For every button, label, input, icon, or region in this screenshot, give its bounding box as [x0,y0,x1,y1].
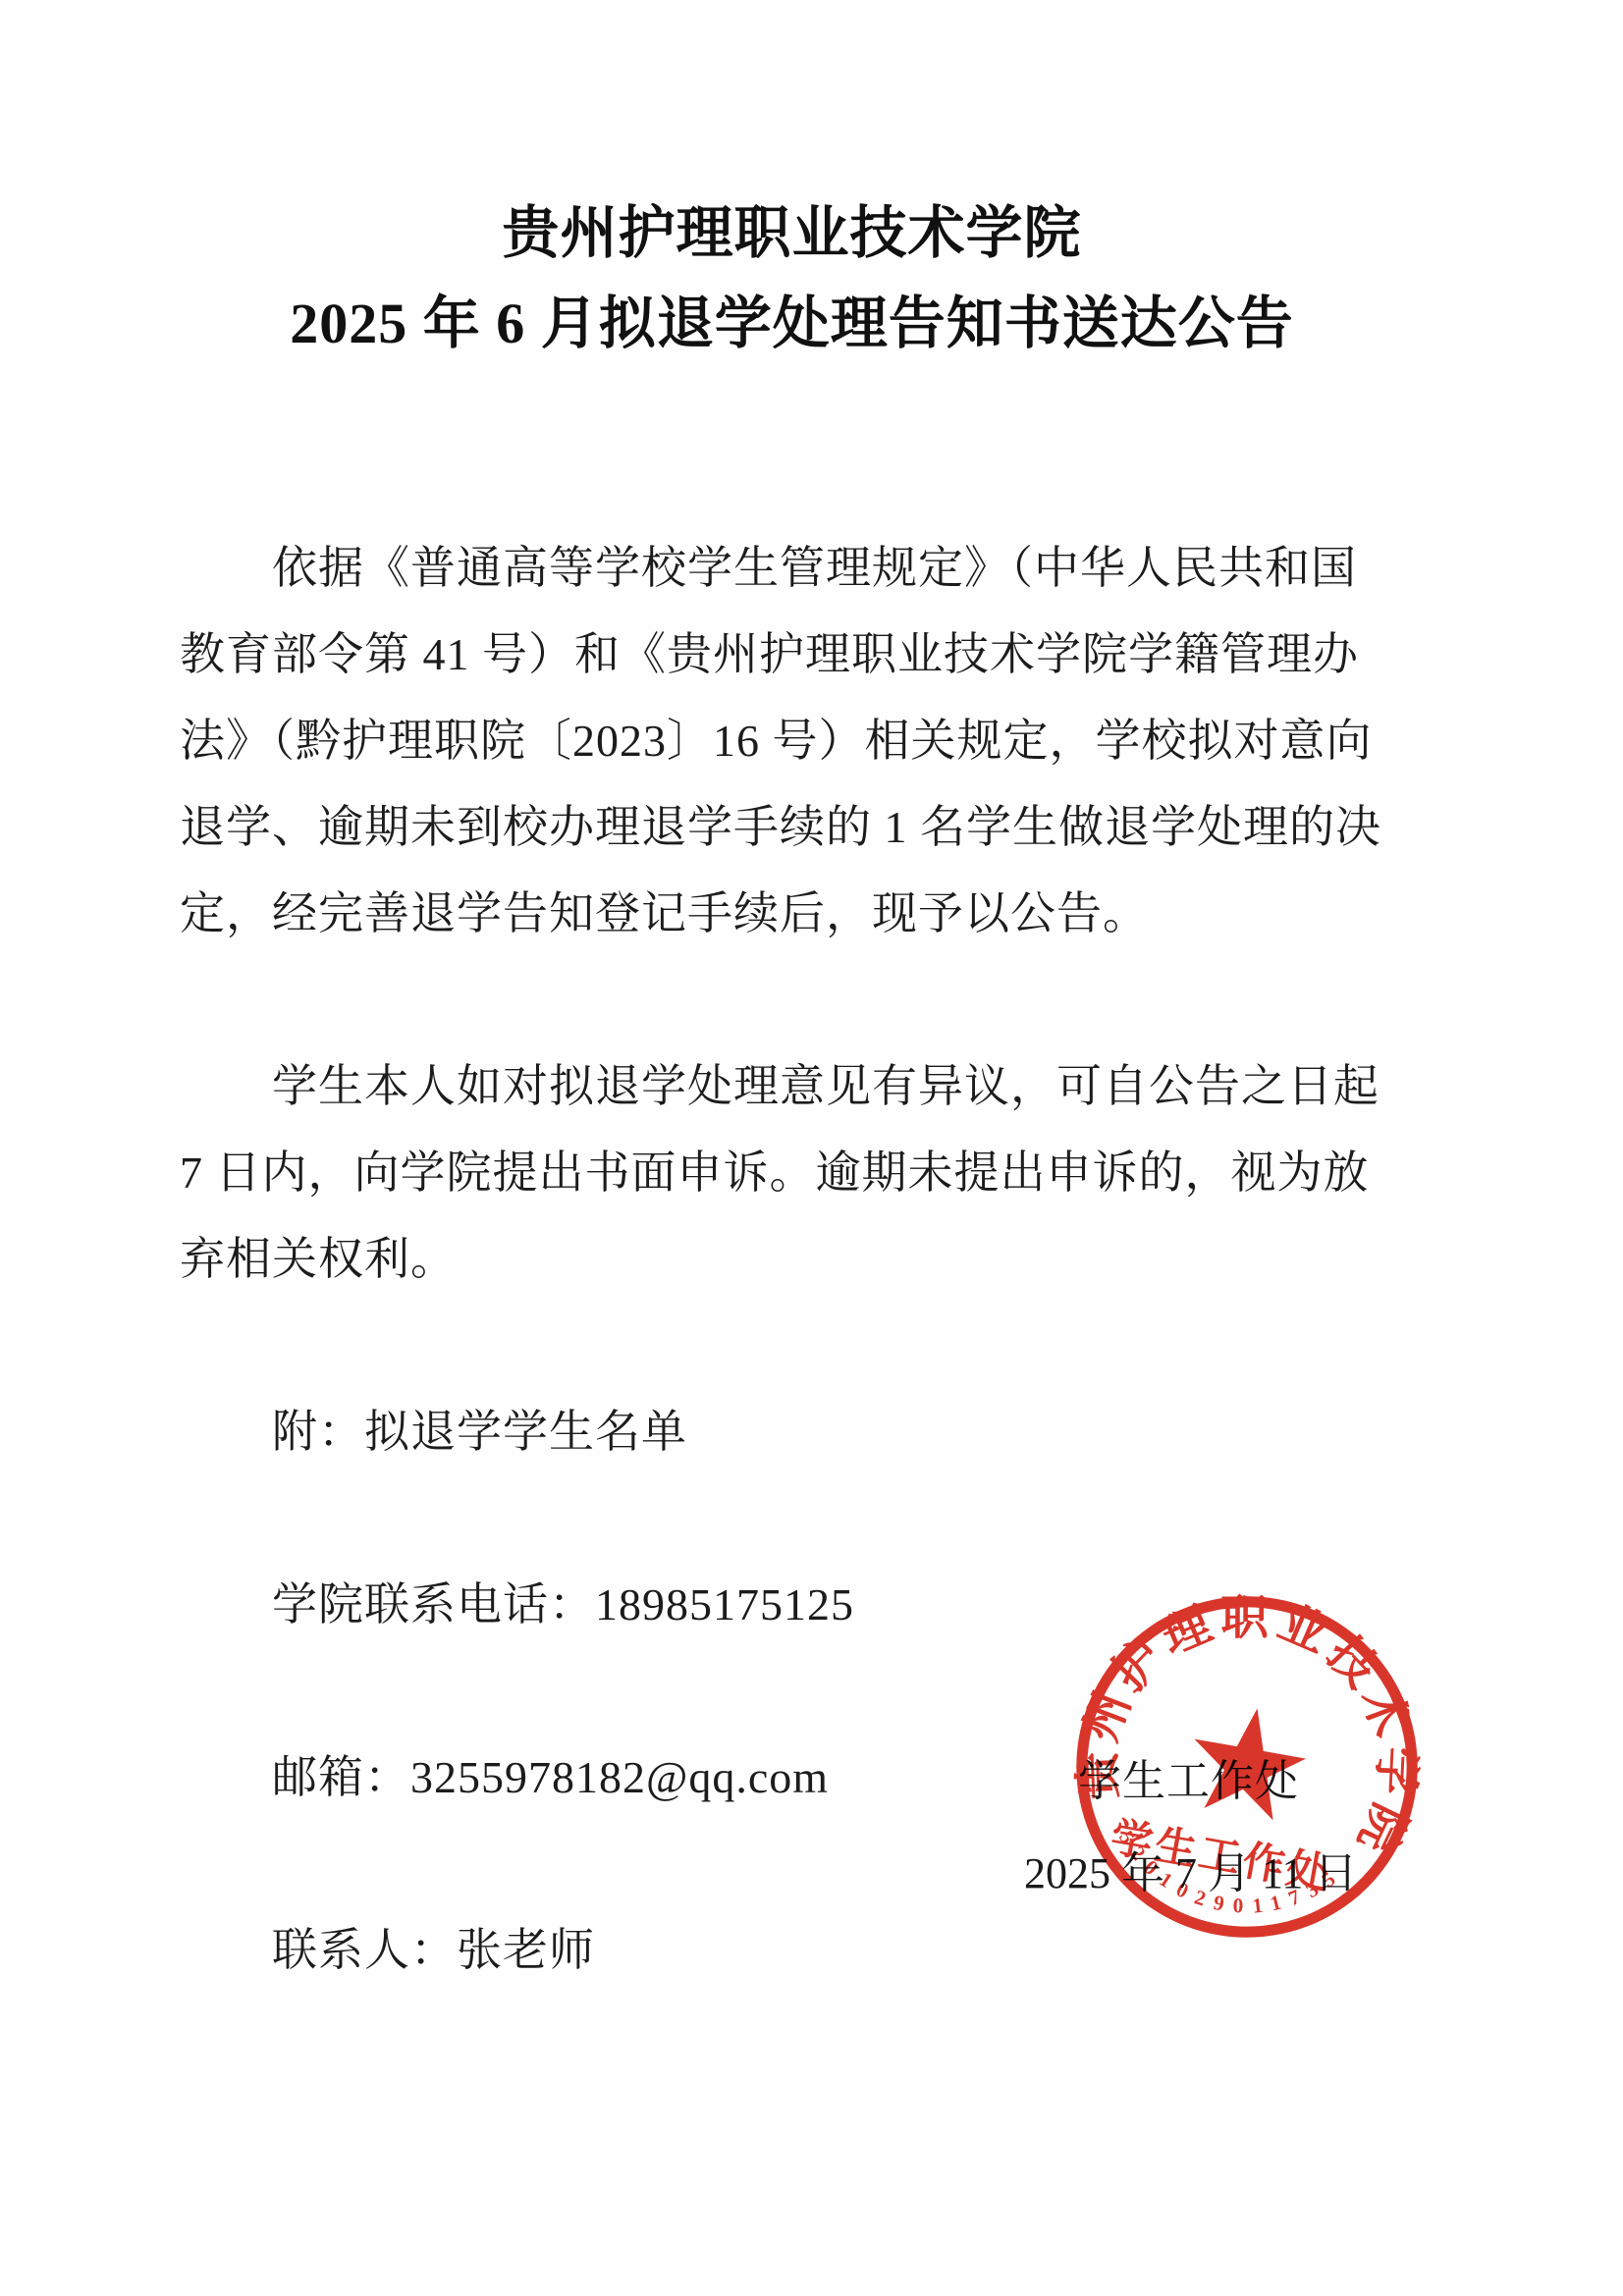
document-title-line1: 贵州护理职业技术学院 [79,188,1505,279]
paragraph-appeal-rights: 学生本人如对拟退学处理意见有异议，可自公告之日起 7 日内，向学院提出书面申诉。… [180,1043,1442,1303]
document-page: 贵州护理职业技术学院 2025 年 6 月拟退学处理告知书送达公告 依据《普通高… [0,0,1623,2296]
seal-star-icon [1183,1698,1314,1824]
official-seal: 贵州护理职业技术学院 学生工作处 5201029011735 [1049,1569,1445,1965]
document-title-line2: 2025 年 6 月拟退学处理告知书送达公告 [79,279,1505,369]
attachment-line: 附：拟退学学生名单 [180,1389,1442,1475]
paragraph-legal-basis: 依据《普通高等学校学生管理规定》（中华人民共和国 教育部令第 41 号）和《贵州… [180,525,1442,957]
